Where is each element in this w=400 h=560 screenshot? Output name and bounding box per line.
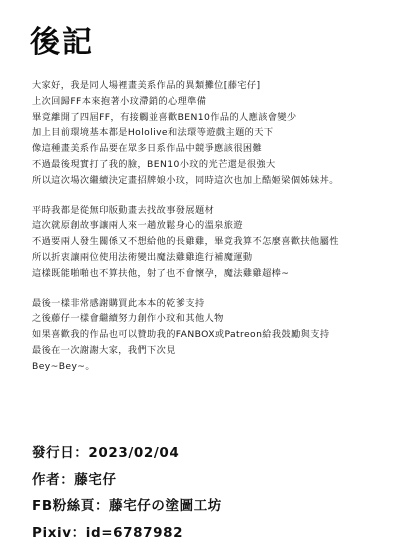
text-line: 不過要兩人發生關係又不想給他的長雞雞，畢竟我算不怎麼喜歡扶他屬性 — [32, 234, 392, 250]
pixiv-id: Pixiv：id=6787982 — [32, 520, 222, 547]
afterword-body: 大家好，我是同人場裡畫美系作品的異類攤位[藤宅仔] 上次回歸FF本來抱著小玟滯銷… — [32, 78, 392, 389]
text-line: 這次就原創故事讓兩人來一趟放鬆身心的溫泉旅遊 — [32, 218, 392, 234]
text-line: 加上目前環境基本都是Hololive和法環等遊戲主題的天下 — [32, 125, 392, 141]
text-line: 不過最後現實打了我的臉，BEN10小玟的光芒還是很強大 — [32, 157, 392, 173]
page-title: 後記 — [30, 26, 94, 60]
author: 作者：藤宅仔 — [32, 467, 222, 494]
text-line: 最後在一次謝謝大家，我們下次見 — [32, 343, 392, 359]
fb-page: FB粉絲頁：藤宅仔の塗圖工坊 — [32, 493, 222, 520]
paragraph-thanks: 最後一樣非常感謝購買此本本的乾爹支持 之後藤仔一樣會繼續努力創作小玟和其他人物 … — [32, 296, 392, 375]
text-line: 之後藤仔一樣會繼續努力創作小玟和其他人物 — [32, 311, 392, 327]
paragraph-story: 平時我都是從無印版動畫去找故事發展題材 這次就原創故事讓兩人來一趟放鬆身心的溫泉… — [32, 203, 392, 282]
text-line: 像這種畫美系作品要在眾多日系作品中競爭應該很困難 — [32, 141, 392, 157]
text-line: 大家好，我是同人場裡畫美系作品的異類攤位[藤宅仔] — [32, 78, 392, 94]
text-line: 所以這次場次繼續決定畫招牌娘小玟，同時這次也加上酷姬梁個姊妹丼。 — [32, 173, 392, 189]
text-line: 畢竟離開了四屆FF，有接觸並喜歡BEN10作品的人應該會變少 — [32, 110, 392, 126]
text-line: 這樣既能啪啪也不算扶他，射了也不會懷孕，魔法雞雞超棒~ — [32, 266, 392, 282]
text-line: 平時我都是從無印版動畫去找故事發展題材 — [32, 203, 392, 219]
publication-info: 發行日：2023/02/04 作者：藤宅仔 FB粉絲頁：藤宅仔の塗圖工坊 Pix… — [32, 440, 222, 546]
paragraph-intro: 大家好，我是同人場裡畫美系作品的異類攤位[藤宅仔] 上次回歸FF本來抱著小玟滯銷… — [32, 78, 392, 189]
text-line: 最後一樣非常感謝購買此本本的乾爹支持 — [32, 296, 392, 312]
text-line: 上次回歸FF本來抱著小玟滯銷的心理準備 — [32, 94, 392, 110]
text-line: 所以折衷讓兩位使用法術變出魔法雞雞進行補魔運動 — [32, 250, 392, 266]
release-date: 發行日：2023/02/04 — [32, 440, 222, 467]
text-line: Bey~Bey~。 — [32, 359, 392, 375]
text-line: 如果喜歡我的作品也可以贊助我的FANBOX或Patreon給我鼓勵與支持 — [32, 327, 392, 343]
